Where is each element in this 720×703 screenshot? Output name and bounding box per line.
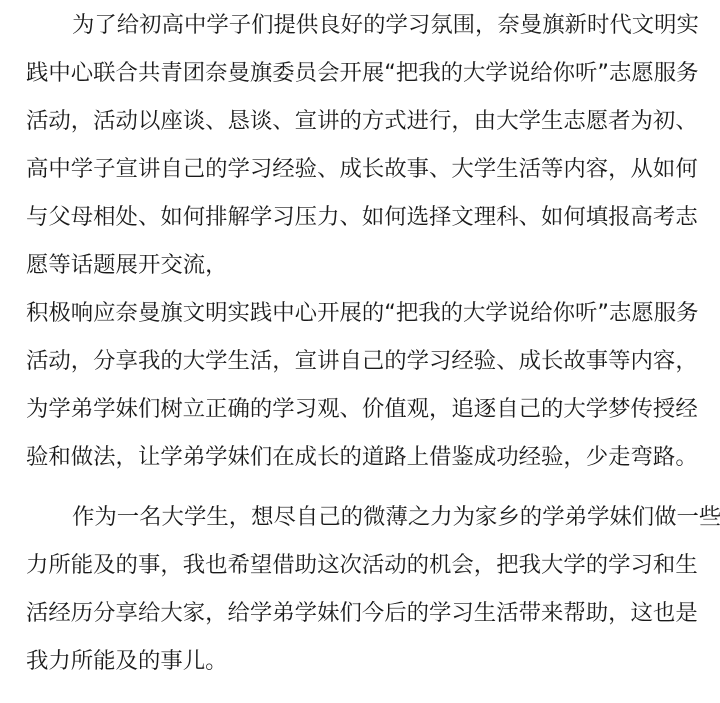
text-line: 高中学子宣讲自己的学习经验、成长故事、大学生活等内容，从如何 xyxy=(26,154,698,184)
text-line: 为学弟学妹们树立正确的学习观、价值观，追逐自己的大学梦传授经 xyxy=(26,394,698,424)
text-line: 活经历分享给大家，给学弟学妹们今后的学习生活带来帮助，这也是 xyxy=(26,598,698,628)
text-line: 我力所能及的事儿。 xyxy=(26,646,228,676)
text-line: 践中心联合共青团奈曼旗委员会开展“把我的大学说给你听”志愿服务 xyxy=(26,58,699,88)
text-line: 力所能及的事，我也希望借助这次活动的机会，把我大学的学习和生 xyxy=(26,550,698,580)
text-line: 积极响应奈曼旗文明实践中心开展的“把我的大学说给你听”志愿服务 xyxy=(26,298,699,328)
text-line: 与父母相处、如何排解学习压力、如何选择文理科、如何填报高考志 xyxy=(26,202,698,232)
text-line: 作为一名大学生，想尽自己的微薄之力为家乡的学弟学妹们做一些 xyxy=(72,502,720,532)
text-line: 验和做法，让学弟学妹们在成长的道路上借鉴成功经验，少走弯路。 xyxy=(26,442,698,472)
text-line: 活动，分享我的大学生活，宣讲自己的学习经验、成长故事等内容， xyxy=(26,346,698,376)
text-line: 愿等话题展开交流， xyxy=(26,250,228,280)
text-line: 活动，活动以座谈、恳谈、宣讲的方式进行，由大学生志愿者为初、 xyxy=(26,106,698,136)
text-line: 为了给初高中学子们提供良好的学习氛围，奈曼旗新时代文明实 xyxy=(72,10,699,40)
document-body: 为了给初高中学子们提供良好的学习氛围，奈曼旗新时代文明实 践中心联合共青团奈曼旗… xyxy=(0,0,720,703)
